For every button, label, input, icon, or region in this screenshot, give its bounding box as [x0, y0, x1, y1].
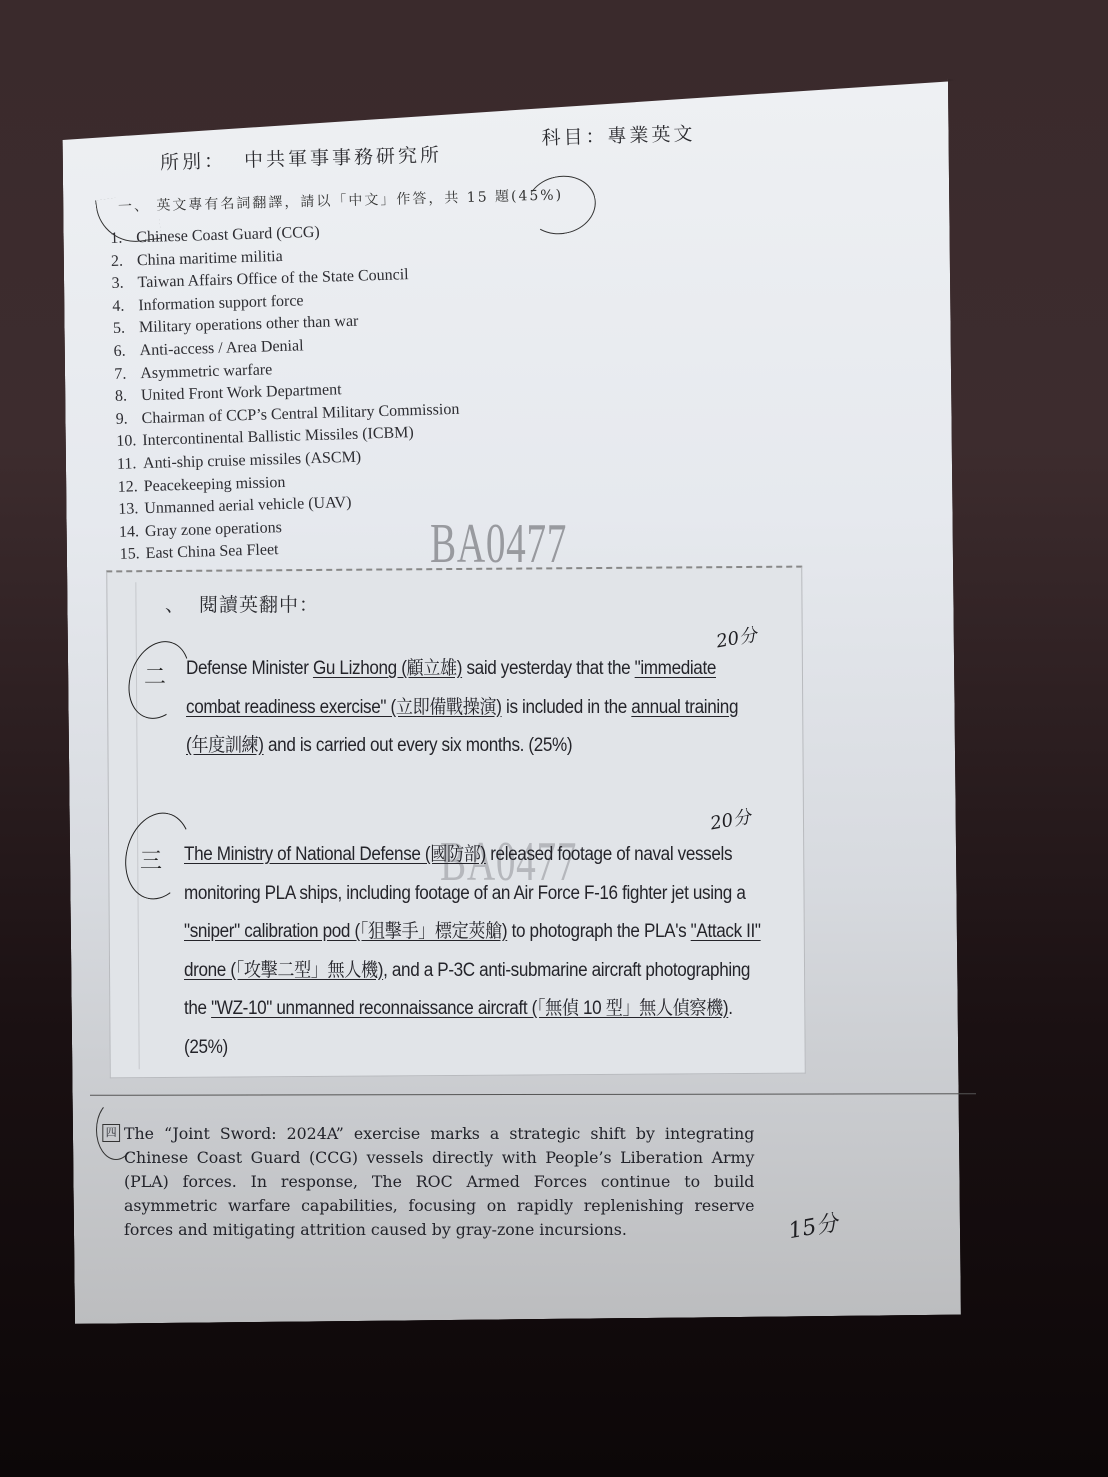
- term-text: United Front Work Department: [141, 381, 342, 404]
- passage-text: Defense Minister: [186, 658, 313, 679]
- term-text: Anti-access / Area Denial: [139, 337, 303, 359]
- term-number: 3.: [111, 272, 138, 295]
- term-text: Chinese Coast Guard (CCG): [136, 224, 320, 246]
- term-text: Unmanned aerial vehicle (UAV): [144, 494, 352, 517]
- underlined-term: "sniper" calibration pod (「狙擊手」標定莢艙): [184, 921, 507, 942]
- passage-text: to photograph the PLA's: [507, 921, 690, 942]
- term-number: 7.: [114, 363, 141, 386]
- term-number: 10.: [116, 430, 143, 453]
- passage-text: said yesterday that the: [462, 658, 635, 679]
- term-number: 11.: [117, 453, 144, 476]
- question2-passage: Defense Minister Gu Lizhong (顧立雄) said y…: [186, 650, 762, 766]
- underlined-term: The Ministry of National Defense (國防部): [184, 844, 486, 865]
- term-number: 5.: [113, 318, 140, 341]
- question-number-box: 四: [102, 1124, 120, 1142]
- term-number: 15.: [119, 543, 146, 566]
- institute-name: 中共軍事事務研究所: [244, 144, 443, 172]
- underlined-term: "WZ-10" unmanned reconnaissance aircraft…: [211, 998, 728, 1019]
- question4-text: The “Joint Sword: 2024A” exercise marks …: [124, 1124, 754, 1239]
- term-text: Information support force: [138, 292, 304, 314]
- term-number: 6.: [113, 340, 140, 363]
- reading-title: 、閱讀英翻中：: [165, 590, 319, 617]
- term-number: 2.: [111, 250, 138, 273]
- term-number: 14.: [119, 521, 146, 544]
- term-number: 4.: [112, 295, 139, 318]
- term-text: China maritime militia: [137, 247, 283, 268]
- passage-text: and is carried out every six months. (25…: [264, 735, 573, 756]
- term-text: Asymmetric warfare: [140, 361, 272, 382]
- handwritten-question-number: 三: [140, 844, 162, 875]
- institute-label: 所別：: [160, 150, 227, 174]
- subject: 科目：專業英文: [541, 119, 696, 150]
- question4-passage: 四 The “Joint Sword: 2024A” exercise mark…: [124, 1122, 754, 1242]
- passage-text: is included in the: [502, 697, 632, 718]
- term-text: East China Sea Fleet: [145, 541, 278, 562]
- term-list: 1.Chinese Coast Guard (CCG)2.China marit…: [110, 218, 464, 567]
- term-text: Military operations other than war: [139, 313, 359, 337]
- term-number: 12.: [117, 476, 144, 499]
- term-number: 13.: [118, 498, 145, 521]
- question3-passage: The Ministry of National Defense (國防部) r…: [184, 836, 769, 1067]
- institute: 所別：中共軍事事務研究所: [160, 140, 443, 175]
- term-number: 8.: [115, 385, 142, 408]
- handwritten-question-number: 二: [144, 660, 166, 691]
- underlined-term: Gu Lizhong (顧立雄): [313, 658, 462, 679]
- term-number: 9.: [115, 408, 142, 431]
- term-text: Peacekeeping mission: [143, 473, 285, 494]
- term-number: 1.: [110, 227, 137, 250]
- term-text: Gray zone operations: [145, 519, 282, 540]
- term-text: Anti-ship cruise missiles (ASCM): [143, 449, 362, 472]
